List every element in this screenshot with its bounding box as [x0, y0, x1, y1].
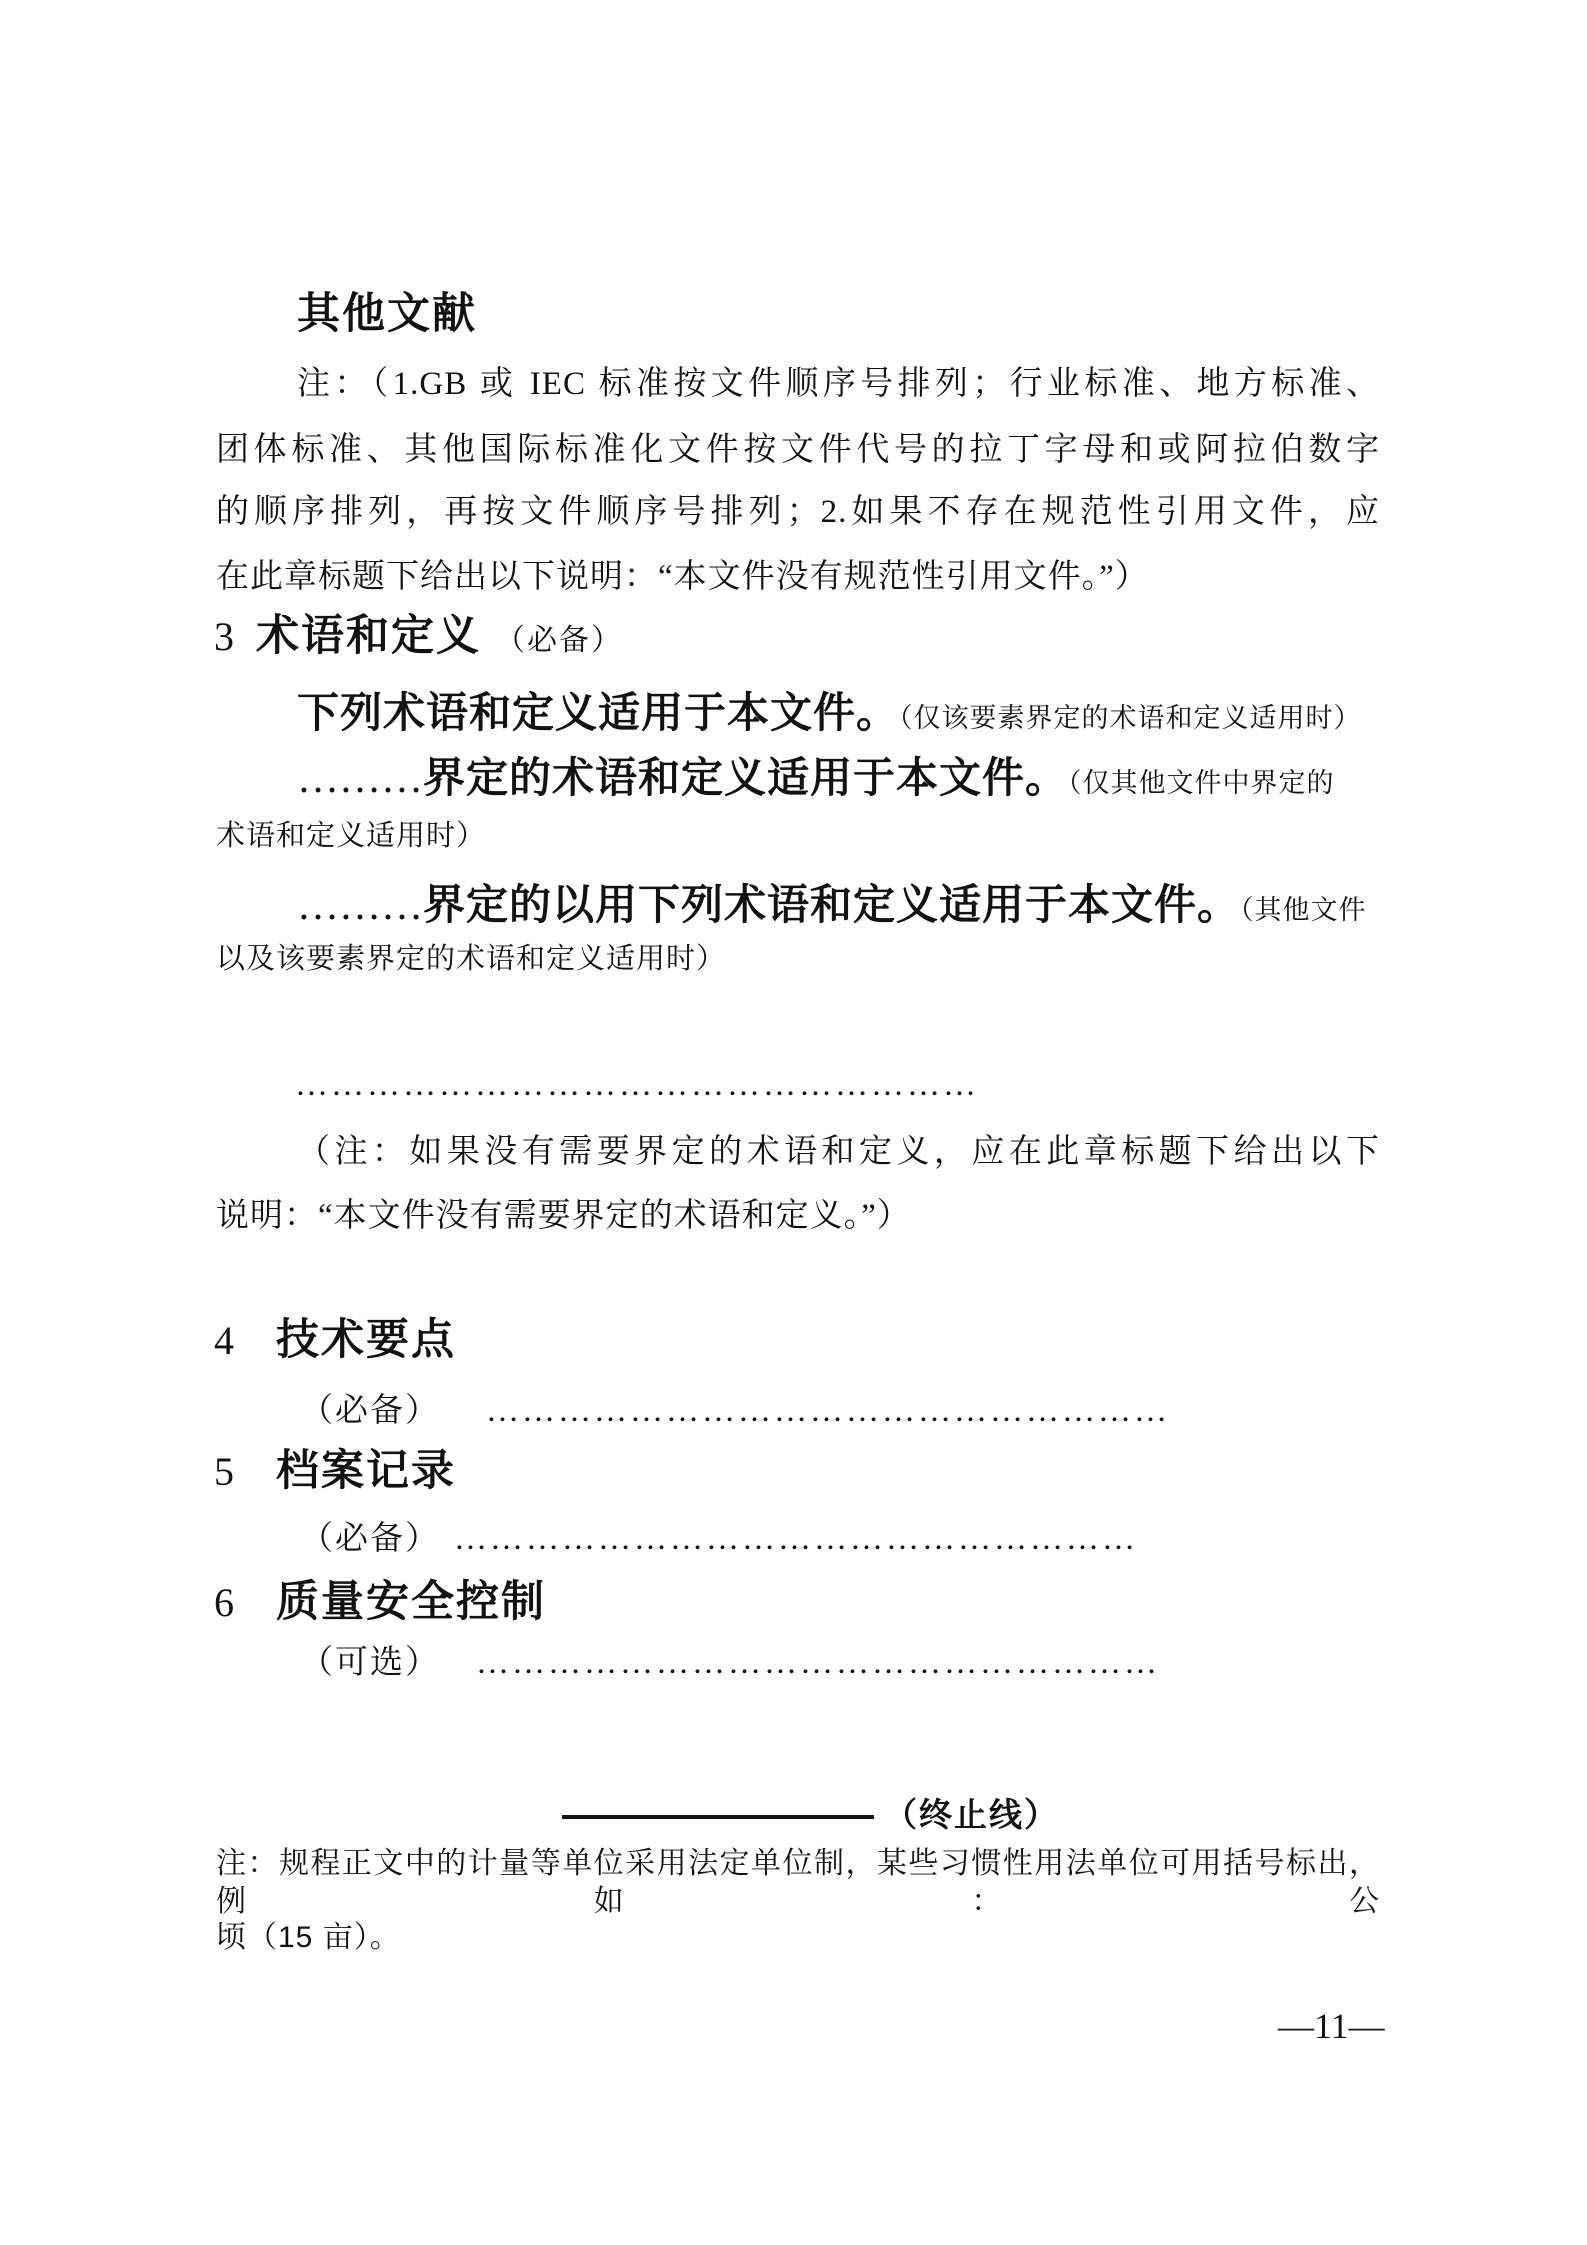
section-6-qualifier-line: （可选）…………………………………………………	[300, 1643, 1160, 1684]
section-6-heading: 6质量安全控制	[214, 1579, 546, 1626]
section-6-number: 6	[214, 1580, 234, 1625]
terms-statement-3-main: 界定的以用下列术语和定义适用于本文件。	[423, 881, 1240, 928]
terms-note-line-1: （注：如果没有需要界定的术语和定义，应在此章标题下给出以下	[297, 1132, 1380, 1173]
ref-note-line-4: 在此章标题下给出以下说明：“本文件没有规范性引用文件。”）	[216, 557, 1149, 598]
ref-note-line-2: 团体标准、其他国际标准化文件按文件代号的拉丁字母和或阿拉伯数字	[216, 430, 1380, 471]
page-number: —11—	[1278, 2005, 1385, 2047]
section-6-qualifier: （可选）	[300, 1645, 440, 1681]
section-4-heading: 4技术要点	[214, 1317, 456, 1364]
section-6-dots: …………………………………………………	[476, 1645, 1160, 1681]
terms-placeholder-dots: …………………………………………………	[295, 1065, 979, 1106]
footnote-line-2: 顷（15 亩）。	[216, 1919, 401, 1957]
section-5-dots: …………………………………………………	[454, 1521, 1138, 1557]
terms-statement-2-note: （仅其他文件中界定的	[1068, 768, 1335, 798]
terms-statement-2-note-continued: 术语和定义适用时）	[216, 818, 486, 854]
document-page: 其他文献 注：（1.GB 或 IEC 标准按文件顺序号排列；行业标准、地方标准、…	[0, 0, 1587, 2245]
section-4-dots: …………………………………………………	[486, 1393, 1170, 1429]
terms-statement-2: ………界定的术语和定义适用于本文件。（仅其他文件中界定的	[297, 745, 1335, 805]
section-5-title: 档案记录	[276, 1447, 456, 1495]
ref-note-line-3: 的顺序排列，再按文件顺序号排列；2.如果不存在规范性引用文件，应	[216, 492, 1380, 533]
terms-statement-3-note: （其他文件	[1240, 895, 1367, 925]
section-5-number: 5	[214, 1449, 234, 1494]
termination-rule	[562, 1815, 874, 1819]
ref-note-line-1: 注：（1.GB 或 IEC 标准按文件顺序号排列；行业标准、地方标准、	[297, 364, 1380, 405]
terms-statement-2-main: 界定的术语和定义适用于本文件。	[423, 754, 1068, 801]
section-5-heading: 5档案记录	[214, 1448, 456, 1495]
section-5-qualifier-line: （必备）…………………………………………………	[300, 1519, 1138, 1560]
terms-statement-3-note-continued: 以及该要素界定的术语和定义适用时）	[216, 941, 726, 977]
terms-statement-1-note: （仅该要素界定的术语和定义适用时）	[899, 703, 1362, 733]
terms-statement-1: 下列术语和定义适用于本文件。（仅该要素界定的术语和定义适用时）	[297, 680, 1362, 740]
section-4-number: 4	[214, 1318, 234, 1363]
terms-statement-1-main: 下列术语和定义适用于本文件。	[297, 689, 899, 736]
termination-line-label: （终止线）	[884, 1789, 1059, 1836]
section-3-qualifier: （必备）	[495, 624, 623, 657]
terms-note-line-2: 说明：“本文件没有需要界定的术语和定义。”）	[216, 1196, 911, 1237]
section-6-title: 质量安全控制	[276, 1578, 546, 1626]
section-3-heading: 3术语和定义（必备）	[214, 613, 623, 660]
terms-statement-3: ………界定的以用下列术语和定义适用于本文件。（其他文件	[297, 872, 1367, 932]
terms-statement-3-dots: ………	[297, 883, 423, 929]
heading-other-references: 其他文献	[297, 291, 477, 338]
section-4-qualifier: （必备）	[300, 1393, 440, 1429]
section-3-number: 3	[214, 614, 234, 659]
section-3-title: 术语和定义	[256, 612, 481, 660]
footnote-line-1: 注：规程正文中的计量等单位采用法定单位制，某些习惯性用法单位可用括号标出，例如：…	[216, 1845, 1380, 1920]
section-4-qualifier-line: （必备）…………………………………………………	[300, 1391, 1170, 1432]
section-5-qualifier: （必备）	[300, 1521, 440, 1557]
terms-statement-2-dots: ………	[297, 756, 423, 802]
section-4-title: 技术要点	[276, 1316, 456, 1364]
